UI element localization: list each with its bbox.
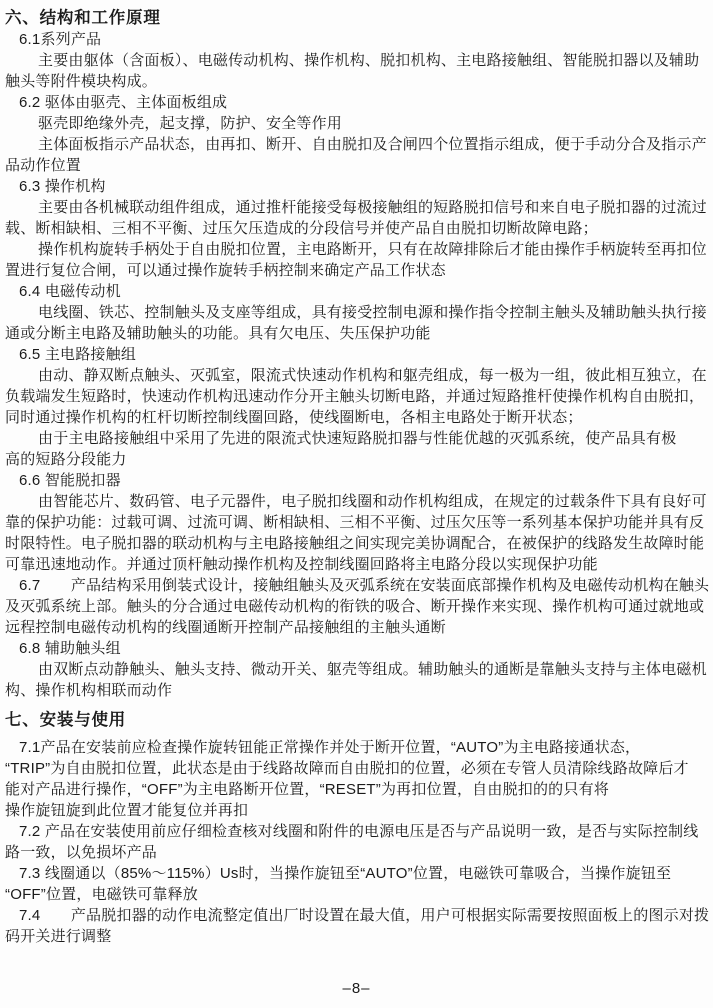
text-line: 置进行复位合闸，可以通过操作旋转手柄控制来确定产品工作状态 [5, 260, 709, 281]
text-line: 6.3 操作机构 [5, 176, 709, 197]
text-line: 电线圈、铁芯、控制触头及支座等组成，具有接受控制电源和操作指令控制主触头及辅助触… [5, 302, 709, 323]
text-line: 码开关进行调整 [5, 926, 709, 947]
text-line: 时限特性。电子脱扣器的联动机构与主电路接触组之间实现完美协调配合，在被保护的线路… [5, 533, 709, 554]
text-line: 能对产品进行操作，“OFF”为主电路断开位置，“RESET”为再扣位置，自由脱扣… [5, 779, 709, 800]
text-line: 构、操作机构相联而动作 [5, 680, 709, 701]
text-line: 通或分断主电路及辅助触头的功能。具有欠电压、失压保护功能 [5, 323, 709, 344]
text-line: 可靠迅速地动作。并通过顶杆触动操作机构及控制线圈回路将主电路分段以实现保护功能 [5, 554, 709, 575]
text-line: 6.1系列产品 [5, 29, 709, 50]
text-line: 品动作位置 [5, 155, 709, 176]
text-line: 6.7 产品结构采用倒装式设计，接触组触头及灭弧系统在安装面底部操作机构及电磁传… [5, 575, 709, 596]
section-heading: 六、结构和工作原理 [5, 7, 709, 29]
text-line: 7.2 产品在安装使用前应仔细检查核对线圈和附件的电源电压是否与产品说明一致，是… [5, 821, 709, 842]
text-line: 7.1产品在安装前应检查操作旋转钮能正常操作并处于断开位置，“AUTO”为主电路… [5, 737, 709, 758]
text-line: 主要由躯体（含面板）、电磁传动机构、操作机构、脱扣机构、主电路接触组、智能脱扣器… [5, 50, 709, 71]
text-line: “TRIP”为自由脱扣位置，此状态是由于线路故障而自由脱扣的位置，必须在专管人员… [5, 758, 709, 779]
text-line: 操作旋钮旋到此位置才能复位并再扣 [5, 800, 709, 821]
text-line: 6.6 智能脱扣器 [5, 470, 709, 491]
text-line: 6.8 辅助触头组 [5, 638, 709, 659]
text-line: 由于主电路接触组中采用了先进的限流式快速短路脱扣器与性能优越的灭弧系统，使产品具… [5, 428, 709, 449]
text-line: 载、断相缺相、三相不平衡、过压欠压造成的分段信号并使产品自由脱扣切断故障电路； [5, 218, 709, 239]
text-line: 路一致，以免损坏产品 [5, 842, 709, 863]
text-line: 驱壳即绝缘外壳，起支撑，防护、安全等作用 [5, 113, 709, 134]
text-line: 由智能芯片、数码管、电子元器件，电子脱扣线圈和动作机构组成，在规定的过载条件下具… [5, 491, 709, 512]
text-line: 及灭弧系统上部。触头的分合通过电磁传动机构的衔铁的吸合、断开操作来实现、操作机构… [5, 596, 709, 617]
text-line: 7.3 线圈通以（85%～115%）Us时，当操作旋钮至“AUTO”位置，电磁铁… [5, 863, 709, 884]
document-body: 六、结构和工作原理6.1系列产品主要由躯体（含面板）、电磁传动机构、操作机构、脱… [5, 7, 709, 947]
text-line: “OFF”位置，电磁铁可靠释放 [5, 884, 709, 905]
text-line: 6.4 电磁传动机 [5, 281, 709, 302]
text-line: 同时通过操作机构的杠杆切断控制线圈回路，使线圈断电，各相主电路处于断开状态； [5, 407, 709, 428]
page-number: –8– [0, 980, 713, 997]
text-line: 7.4 产品脱扣器的动作电流整定值出厂时设置在最大值，用户可根据实际需要按照面板… [5, 905, 709, 926]
text-line: 主体面板指示产品状态，由再扣、断开、自由脱扣及合闸四个位置指示组成，便于手动分合… [5, 134, 709, 155]
text-line: 由双断点动静触头、触头支持、微动开关、躯壳等组成。辅助触头的通断是靠触头支持与主… [5, 659, 709, 680]
text-line: 远程控制电磁传动机构的线圈通断开控制产品接触组的主触头通断 [5, 617, 709, 638]
text-line: 由动、静双断点触头、灭弧室，限流式快速动作机构和躯壳组成，每一极为一组，彼此相互… [5, 365, 709, 386]
manual-page: 六、结构和工作原理6.1系列产品主要由躯体（含面板）、电磁传动机构、操作机构、脱… [0, 0, 713, 1008]
text-line: 触头等附件模块构成。 [5, 71, 709, 92]
text-line: 高的短路分段能力 [5, 449, 709, 470]
text-line: 操作机构旋转手柄处于自由脱扣位置，主电路断开，只有在故障排除后才能由操作手柄旋转… [5, 239, 709, 260]
section-heading: 七、安装与使用 [5, 709, 709, 731]
text-line: 主要由各机械联动组件组成，通过推杆能接受每极接触组的短路脱扣信号和来自电子脱扣器… [5, 197, 709, 218]
text-line: 负载端发生短路时，快速动作机构迅速动作分开主触头切断电路，并通过短路推杆使操作机… [5, 386, 709, 407]
text-line: 靠的保护功能：过载可调、过流可调、断相缺相、三相不平衡、过压欠压等一系列基本保护… [5, 512, 709, 533]
text-line: 6.5 主电路接触组 [5, 344, 709, 365]
text-line: 6.2 驱体由驱壳、主体面板组成 [5, 92, 709, 113]
